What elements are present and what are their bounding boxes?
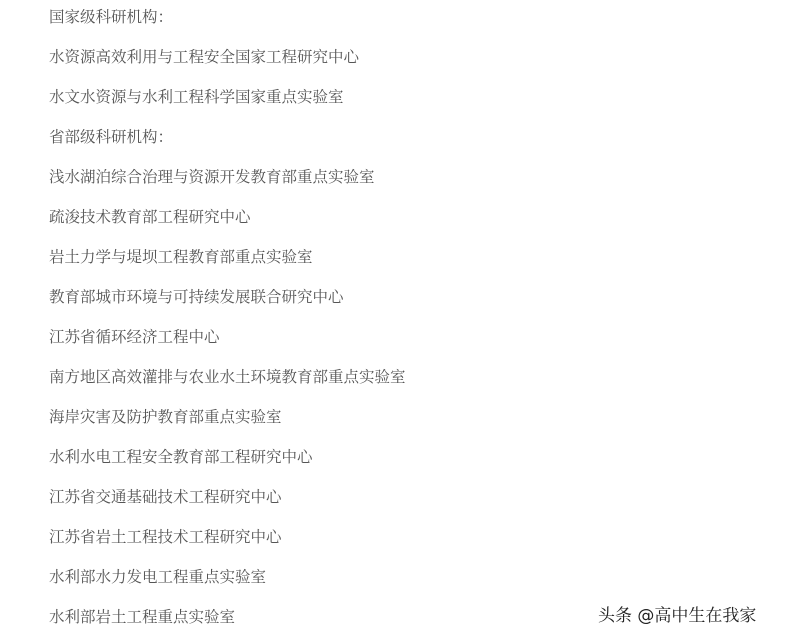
list-item: 岩土力学与堤坝工程教育部重点实验室: [49, 247, 313, 267]
list-item: 疏浚技术教育部工程研究中心: [49, 207, 251, 227]
watermark: 头条 @高中生在我家: [598, 605, 756, 627]
list-item: 教育部城市环境与可持续发展联合研究中心: [49, 287, 344, 307]
section-heading-national: 国家级科研机构：: [49, 7, 173, 27]
section-heading-provincial: 省部级科研机构：: [49, 127, 173, 147]
list-item: 水文水资源与水利工程科学国家重点实验室: [49, 87, 344, 107]
list-item: 江苏省岩土工程技术工程研究中心: [49, 527, 282, 547]
list-item: 南方地区高效灌排与农业水土环境教育部重点实验室: [49, 367, 406, 387]
list-item: 水利部水力发电工程重点实验室: [49, 567, 266, 587]
list-item: 水利水电工程安全教育部工程研究中心: [49, 447, 313, 467]
list-item: 江苏省循环经济工程中心: [49, 327, 220, 347]
list-item: 江苏省交通基础技术工程研究中心: [49, 487, 282, 507]
list-item: 水资源高效利用与工程安全国家工程研究中心: [49, 47, 359, 67]
list-item: 水利部岩土工程重点实验室: [49, 607, 235, 627]
list-item: 海岸灾害及防护教育部重点实验室: [49, 407, 282, 427]
list-item: 浅水湖泊综合治理与资源开发教育部重点实验室: [49, 167, 375, 187]
